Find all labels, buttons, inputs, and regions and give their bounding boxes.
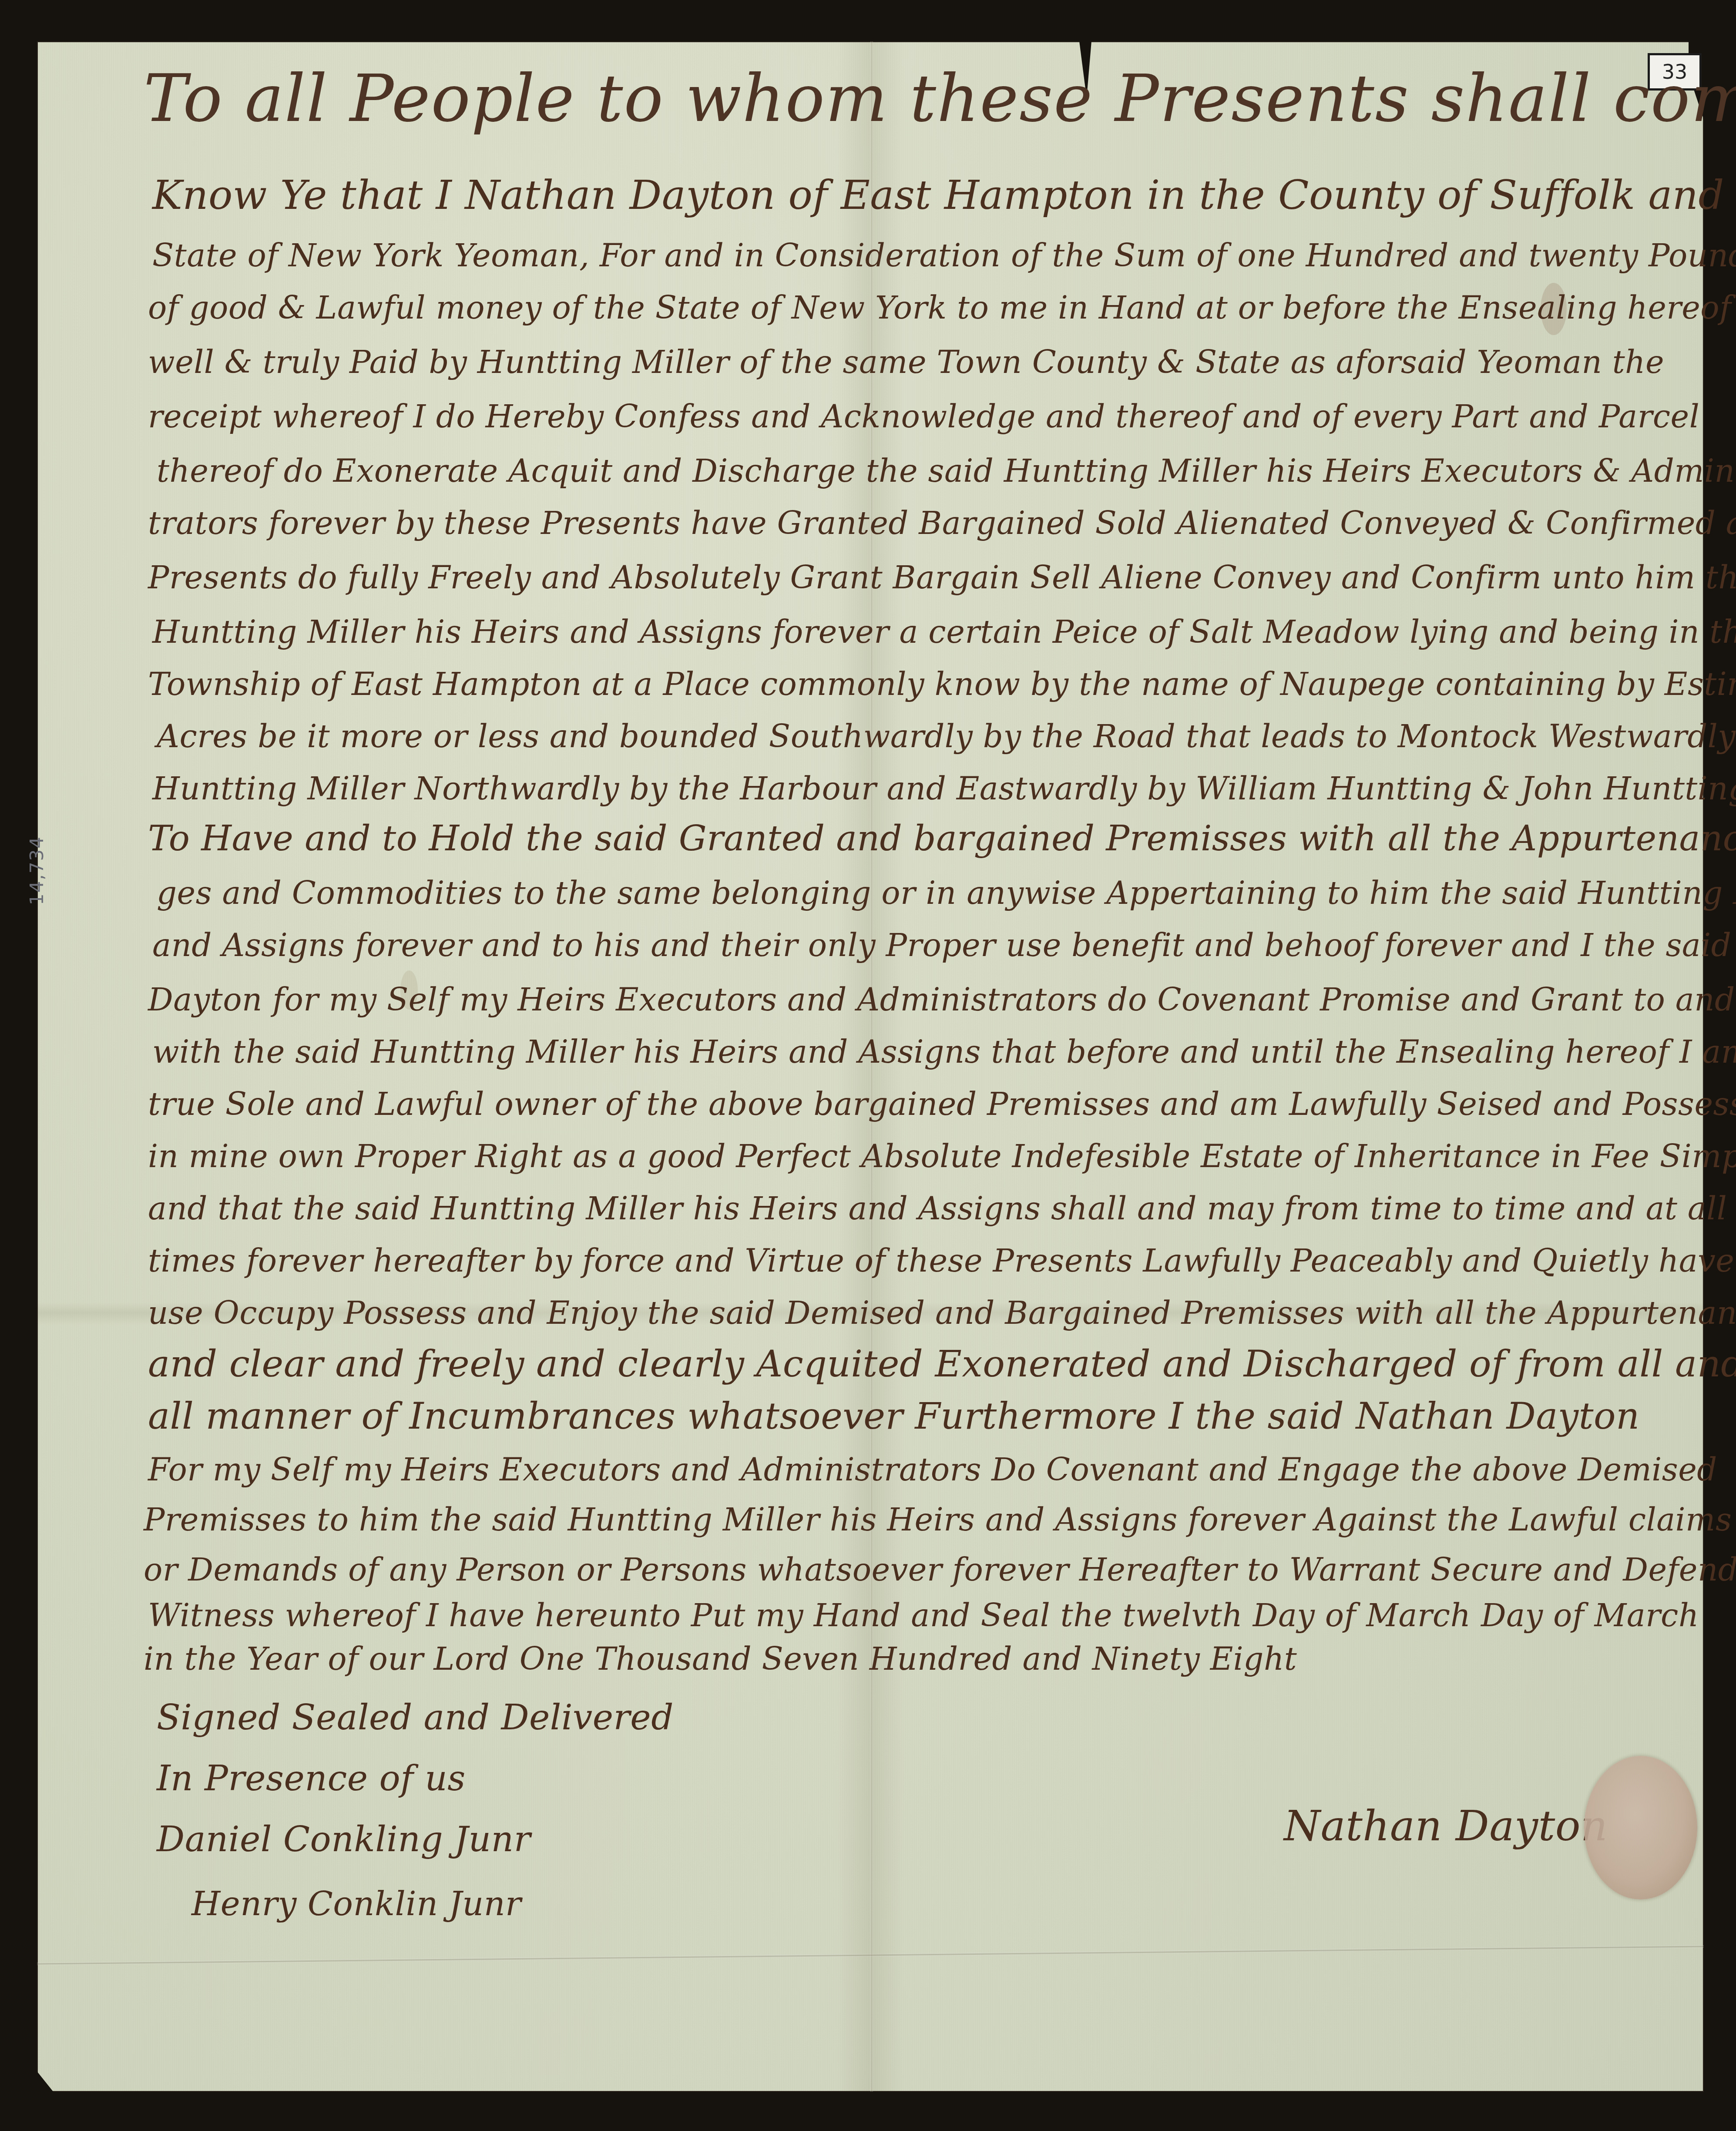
body-line: Know Ye that I Nathan Dayton of East Ham… xyxy=(152,172,1724,218)
body-line: times forever hereafter by force and Vir… xyxy=(148,1242,1736,1279)
body-line: well & truly Paid by Huntting Miller of … xyxy=(148,344,1664,380)
body-line: trators forever by these Presents have G… xyxy=(148,505,1736,541)
body-line: ges and Commodities to the same belongin… xyxy=(157,875,1736,911)
body-line: and clear and freely and clearly Acquite… xyxy=(148,1342,1736,1385)
body-line: State of New York Yeoman, For and in Con… xyxy=(152,237,1736,274)
witness-signature: Henry Conklin Junr xyxy=(191,1884,521,1923)
document-title-line: To all People to whom these Presents sha… xyxy=(144,61,1736,137)
body-line: Presents do fully Freely and Absolutely … xyxy=(148,559,1736,596)
margin-pencil-note: 14,734 xyxy=(26,836,47,905)
habendum-line: To Have and to Hold the said Granted and… xyxy=(148,818,1736,859)
body-line: Huntting Miller Northwardly by the Harbo… xyxy=(152,770,1736,807)
body-line: in mine own Proper Right as a good Perfe… xyxy=(148,1138,1736,1175)
date-line: in the Year of our Lord One Thousand Sev… xyxy=(144,1641,1297,1677)
body-line: Premisses to him the said Huntting Mille… xyxy=(144,1501,1732,1538)
body-line: or Demands of any Person or Persons what… xyxy=(144,1551,1736,1588)
body-line: of good & Lawful money of the State of N… xyxy=(148,289,1731,326)
body-line: thereof do Exonerate Acquit and Discharg… xyxy=(157,453,1736,489)
body-line: receipt whereof I do Hereby Confess and … xyxy=(148,398,1699,435)
body-line: true Sole and Lawful owner of the above … xyxy=(148,1086,1736,1122)
attestation-clause: Signed Sealed and Delivered xyxy=(157,1697,674,1738)
body-line: and Assigns forever and to his and their… xyxy=(152,927,1736,963)
body-line: Township of East Hampton at a Place comm… xyxy=(148,666,1736,702)
body-line: Dayton for my Self my Heirs Executors an… xyxy=(148,981,1735,1018)
testimonium-line: Witness whereof I have hereunto Put my H… xyxy=(148,1597,1699,1634)
grantor-signature: Nathan Dayton xyxy=(1284,1802,1608,1850)
attestation-presence: In Presence of us xyxy=(157,1758,466,1799)
body-line: and that the said Huntting Miller his He… xyxy=(148,1190,1727,1227)
witness-signature: Daniel Conkling Junr xyxy=(157,1819,531,1859)
body-line: Acres be it more or less and bounded Sou… xyxy=(157,718,1736,755)
body-line: Huntting Miller his Heirs and Assigns fo… xyxy=(152,614,1736,650)
body-line: all manner of Incumbrances whatsoever Fu… xyxy=(148,1395,1640,1437)
body-line: use Occupy Possess and Enjoy the said De… xyxy=(148,1295,1736,1331)
body-line: with the said Huntting Miller his Heirs … xyxy=(152,1034,1736,1070)
body-line: For my Self my Heirs Executors and Admin… xyxy=(148,1451,1717,1488)
wax-seal xyxy=(1584,1756,1697,1899)
